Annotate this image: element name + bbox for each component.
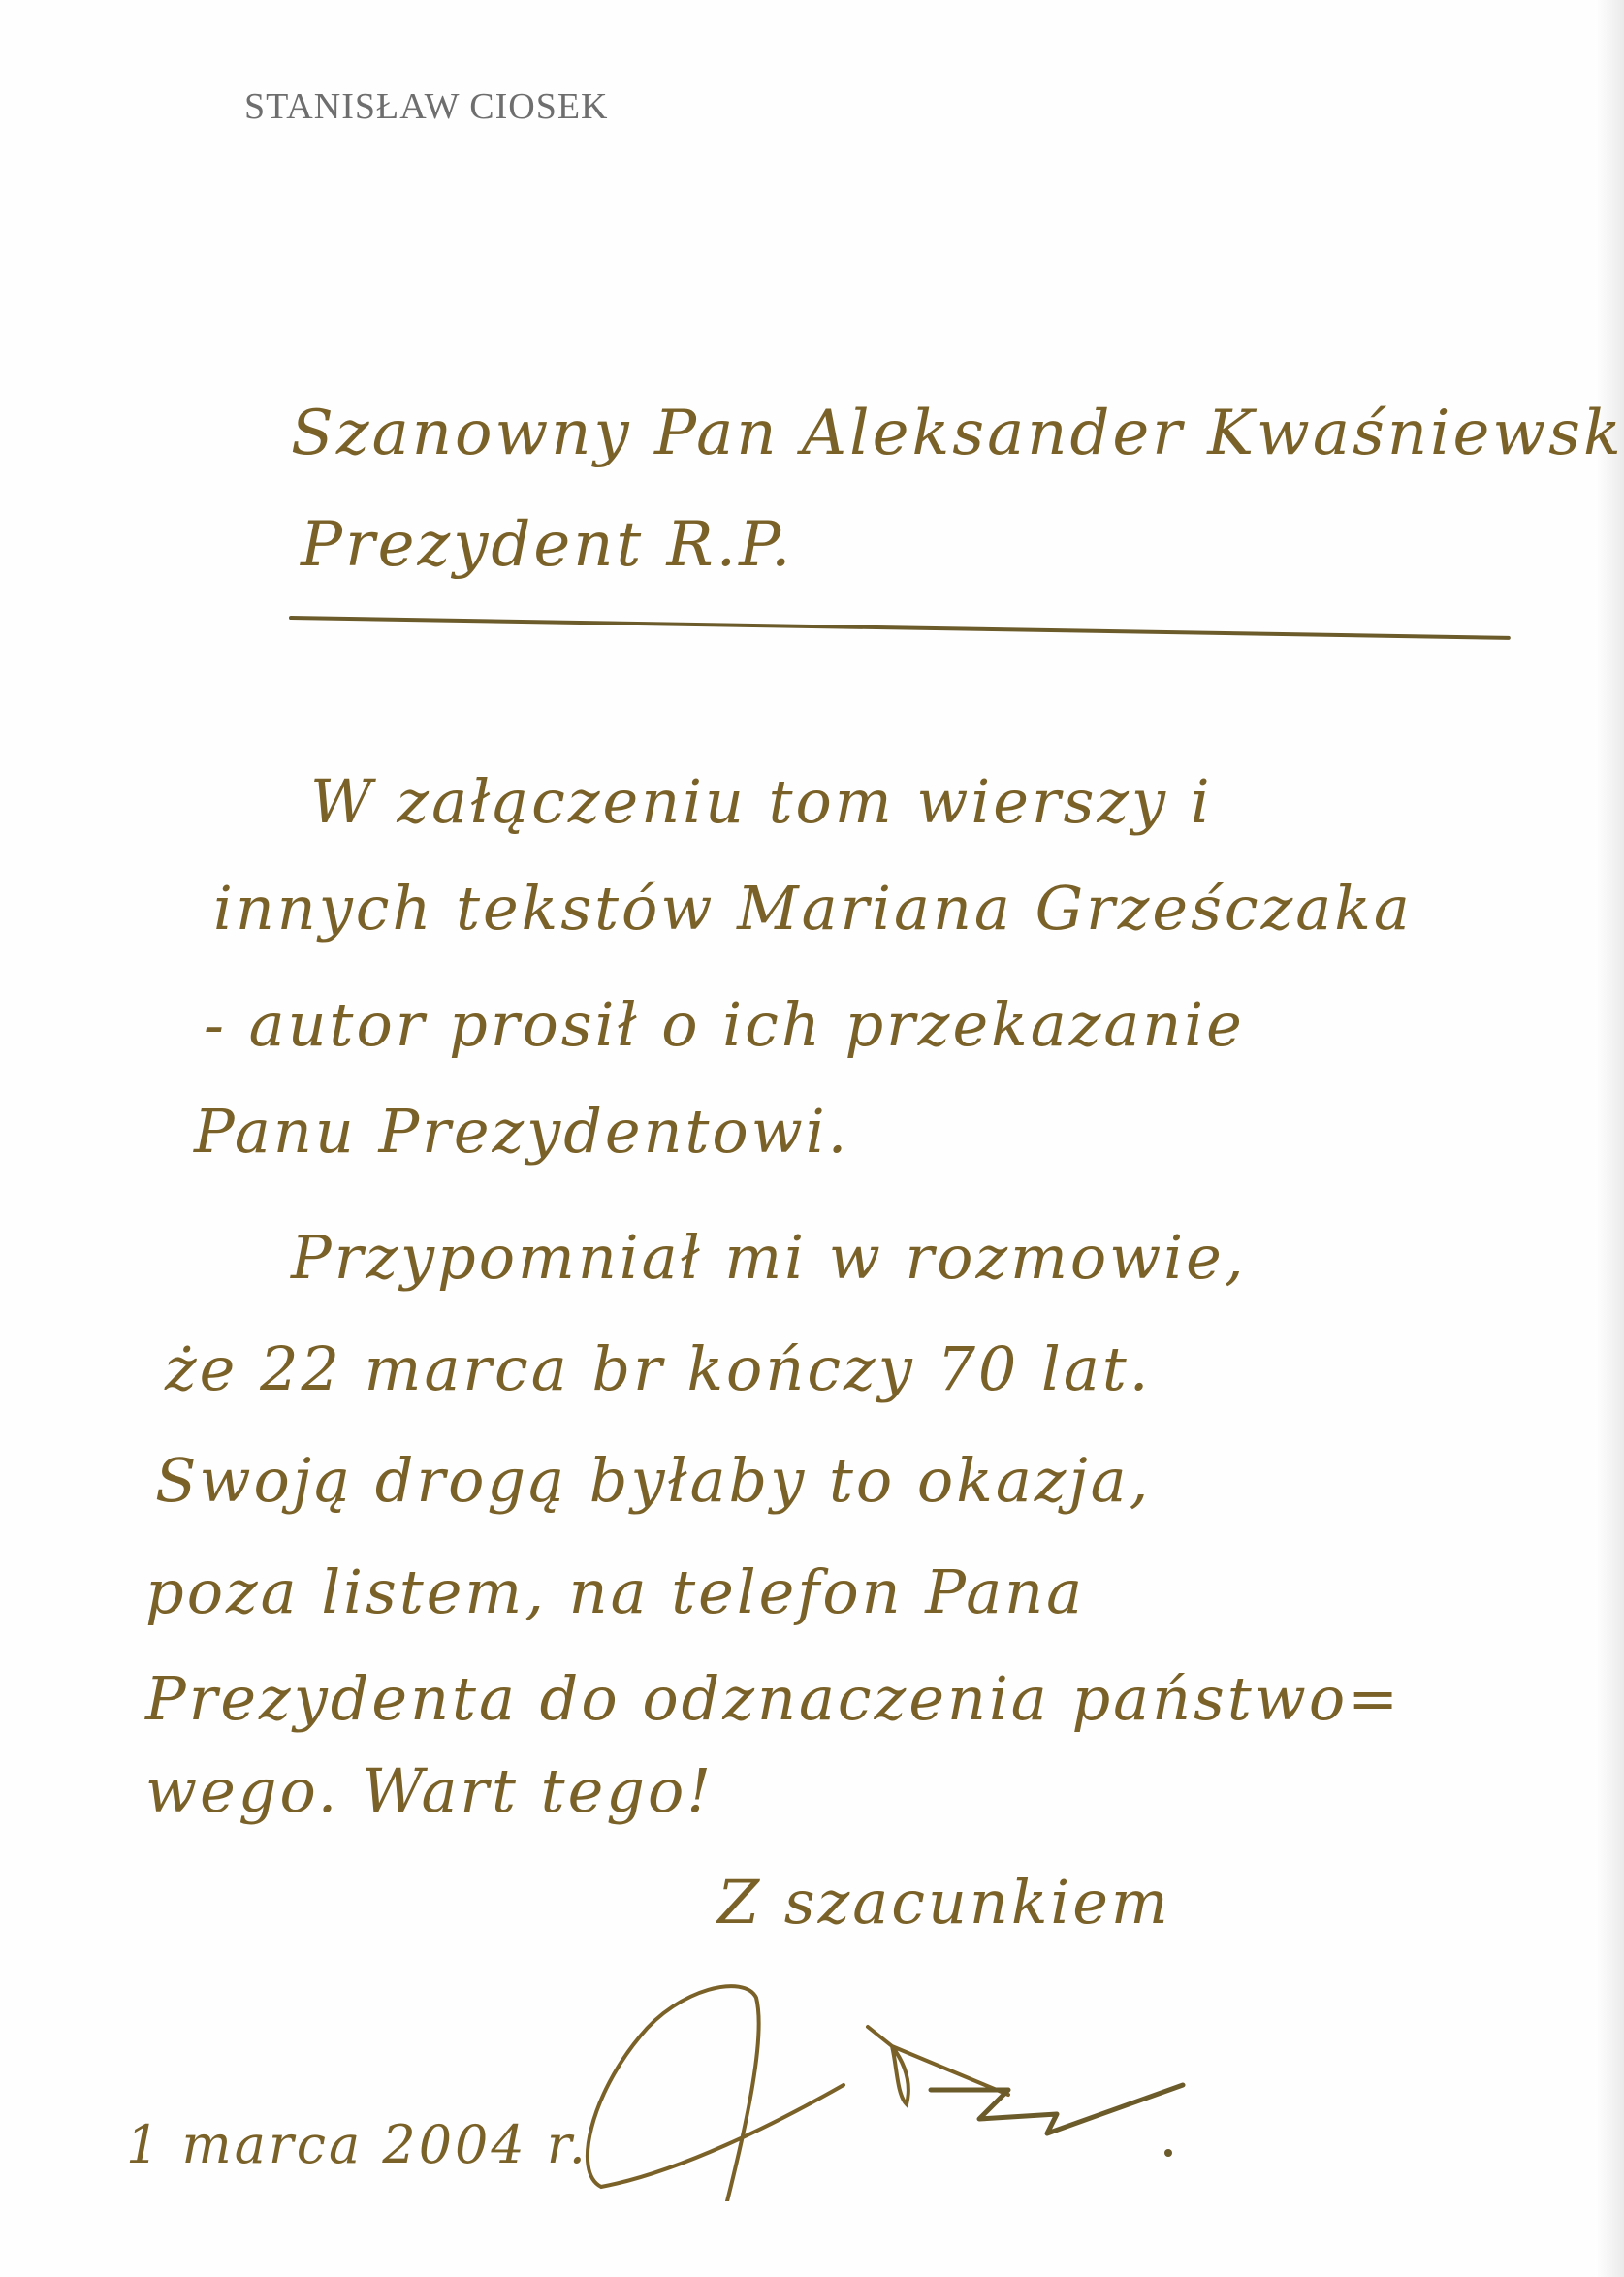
paragraph1-line: W załączeniu tom wierszy i xyxy=(310,766,1213,837)
paragraph2-line: Prezydenta do odznaczenia państwo= xyxy=(145,1663,1401,1734)
letterhead-name: STANISŁAW CIOSEK xyxy=(244,85,609,128)
salutation-underline xyxy=(289,616,1511,640)
paragraph1-line: - autor prosił o ich przekazanie xyxy=(204,989,1245,1060)
salutation-addressee: Szanowny Pan Aleksander Kwaśniewski xyxy=(291,398,1624,469)
paragraph2-line: wego. Wart tego! xyxy=(145,1755,714,1826)
closing-phrase: Z szacunkiem xyxy=(717,1867,1171,1938)
paragraph2-line: poza listem, na telefon Pana xyxy=(145,1556,1085,1627)
letter-page: STANISŁAW CIOSEK Szanowny Pan Aleksander… xyxy=(0,0,1624,2277)
signature-scribble xyxy=(524,1978,1396,2201)
paragraph2-line: Swoją drogą byłaby to okazja, xyxy=(155,1445,1151,1516)
paragraph1-line: innych tekstów Mariana Grześczaka xyxy=(213,873,1413,944)
letter-date: 1 marca 2004 r. xyxy=(126,2114,589,2175)
paragraph2-line: że 22 marca br kończy 70 lat. xyxy=(165,1333,1151,1404)
salutation-title: Prezydent R.P. xyxy=(301,509,794,581)
paragraph2-line: Przypomniał mi w rozmowie, xyxy=(291,1222,1247,1293)
paragraph1-line: Panu Prezydentowi. xyxy=(194,1096,849,1167)
page-edge-shadow xyxy=(1595,0,1624,2277)
